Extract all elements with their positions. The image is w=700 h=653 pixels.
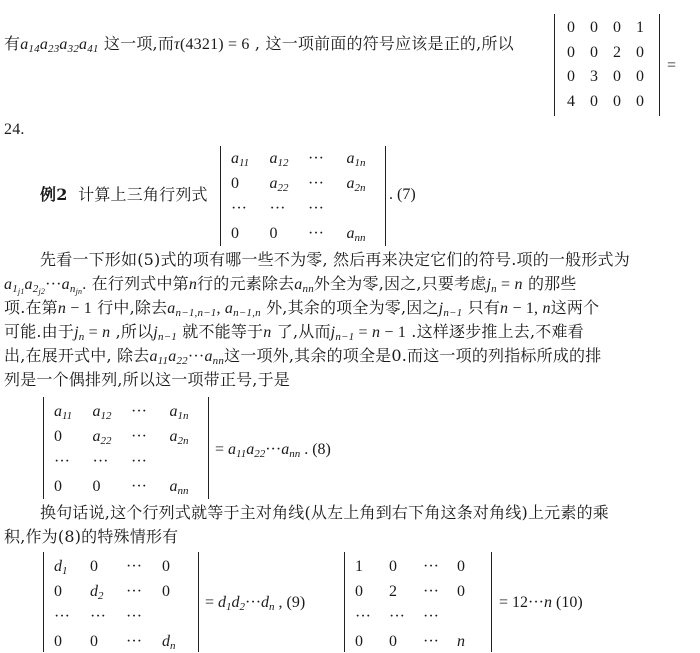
determinant-cell: 4 <box>567 90 590 115</box>
determinant-4x4: 0001002003004000 <box>554 14 660 116</box>
determinant-row: ········· <box>54 604 198 629</box>
determinant-row: 00···dn <box>54 629 198 653</box>
determinant-cell: a11 <box>54 399 93 424</box>
equation-9-determinant: d10···00d2···0·········00···dn <box>43 552 199 652</box>
determinant-cell: ··· <box>54 604 90 629</box>
determinant-cell: ··· <box>423 554 457 579</box>
example-2-heading: 例2 计算上三角行列式 <box>40 185 208 205</box>
determinant-cell: a22 <box>270 171 309 196</box>
determinant-row: 0a22···a2n <box>231 171 385 196</box>
determinant-cell: 0 <box>93 474 132 499</box>
determinant-cell: ··· <box>93 449 132 474</box>
determinant-cell: 0 <box>590 16 613 41</box>
para1-line1: 先看一下形如(5)式的项有哪一些不为零, 然后再来决定它们的符号.项的一般形式为 <box>40 250 630 270</box>
determinant-cell: ··· <box>90 604 126 629</box>
equation-8-determinant: a11a12···a1n0a22···a2n·········00···ann <box>43 397 209 499</box>
determinant-row: ········· <box>54 449 208 474</box>
determinant-cell: 0 <box>90 629 126 653</box>
determinant-row: 0a22···a2n <box>54 424 208 449</box>
determinant-row: 00···ann <box>231 221 385 246</box>
determinant-cell: ··· <box>131 449 169 474</box>
determinant-row: ········· <box>355 604 491 629</box>
determinant-cell: d1 <box>54 554 90 579</box>
intro-line: 有a14a23a32a41 这一项,而τ(4321) = 6 , 这一项前面的符… <box>4 34 514 55</box>
determinant-cell: ··· <box>126 554 162 579</box>
determinant-cell: 0 <box>90 554 126 579</box>
determinant-cell: 0 <box>389 554 423 579</box>
equation-8-rhs: = a11a22···ann . (8) <box>215 440 331 460</box>
determinant-cell: 0 <box>355 629 389 653</box>
determinant-cell: 0 <box>54 424 93 449</box>
determinant-cell: 0 <box>270 221 309 246</box>
determinant-cell: ··· <box>308 221 346 246</box>
determinant-cell: 0 <box>567 41 590 66</box>
determinant-cell: 0 <box>231 221 270 246</box>
determinant-cell: 0 <box>231 171 270 196</box>
determinant-cell <box>162 604 198 629</box>
determinant-cell: n <box>457 629 491 653</box>
determinant-cell: 0 <box>590 90 613 115</box>
determinant-cell: ··· <box>126 629 162 653</box>
equation-10-rhs: = 12···n (10) <box>499 593 583 613</box>
determinant-cell: ··· <box>423 629 457 653</box>
determinant-cell: 0 <box>457 579 491 604</box>
determinant-cell: 0 <box>613 16 636 41</box>
determinant-cell: 0 <box>54 474 93 499</box>
determinant-row: 02···0 <box>355 579 491 604</box>
para2-line1: 换句话说,这个行列式就等于主对角线(从左上角到右下角这条对角线)上元素的乘 <box>40 503 609 523</box>
determinant-cell: 0 <box>162 579 198 604</box>
determinant-cell: ··· <box>423 579 457 604</box>
determinant-row: 00···ann <box>54 474 208 499</box>
determinant-cell: 0 <box>613 90 636 115</box>
determinant-cell <box>169 449 208 474</box>
determinant-cell: ··· <box>131 424 169 449</box>
determinant-cell <box>346 196 385 221</box>
example-label: 例2 <box>40 185 68 204</box>
determinant-cell: a12 <box>93 399 132 424</box>
determinant-cell: ··· <box>308 171 346 196</box>
determinant-cell: ··· <box>231 196 270 221</box>
determinant-cell: a12 <box>270 146 309 171</box>
determinant-cell: 0 <box>636 90 659 115</box>
equals-sign: = <box>667 56 676 76</box>
para1-line4: 可能.由于jn = n ,所以jn−1 就不能等于n 了,从而jn−1 = n … <box>4 322 584 343</box>
determinant-cell: 0 <box>636 41 659 66</box>
determinant-row: 0001 <box>567 16 659 41</box>
determinant-cell: 0 <box>613 65 636 90</box>
determinant-cell <box>457 604 491 629</box>
determinant-cell: 0 <box>355 579 389 604</box>
determinant-row: 00···n <box>355 629 491 653</box>
determinant-cell: 0 <box>389 629 423 653</box>
determinant-cell: ··· <box>270 196 309 221</box>
determinant-cell: 0 <box>54 629 90 653</box>
determinant-cell: a1n <box>346 146 385 171</box>
tau-expression: τ(4321) = 6 <box>174 36 250 53</box>
determinant-cell: 0 <box>567 16 590 41</box>
determinant-cell: 1 <box>636 16 659 41</box>
determinant-row: 0d2···0 <box>54 579 198 604</box>
para1-line3: 项.在第n − 1 行中,除去an−1,n−1, an−1,n 外,其余的项全为… <box>4 298 599 319</box>
determinant-cell: 0 <box>567 65 590 90</box>
equation-9-rhs: = d1d2···dn , (9) <box>205 593 305 613</box>
determinant-cell: 0 <box>636 65 659 90</box>
determinant-cell: 0 <box>54 579 90 604</box>
para2-line2: 积,作为(8)的特殊情形有 <box>4 527 178 547</box>
determinant-cell: ··· <box>131 399 169 424</box>
determinant-cell: 0 <box>162 554 198 579</box>
term-product: a14a23a32a41 <box>20 36 98 53</box>
determinant-cell: a2n <box>346 171 385 196</box>
determinant-cell: ··· <box>308 146 346 171</box>
determinant-row: 0300 <box>567 65 659 90</box>
determinant-cell: ··· <box>423 604 457 629</box>
determinant-cell: ann <box>346 221 385 246</box>
determinant-cell: 0 <box>590 41 613 66</box>
equation-10-determinant: 10···002···0·········00···n <box>344 552 492 652</box>
example-text: 计算上三角行列式 <box>78 185 208 204</box>
equation-7-label: . (7) <box>389 185 416 205</box>
determinant-cell: a22 <box>93 424 132 449</box>
determinant-cell: d2 <box>90 579 126 604</box>
determinant-cell: dn <box>162 629 198 653</box>
determinant-row: 10···0 <box>355 554 491 579</box>
determinant-cell: ··· <box>355 604 389 629</box>
determinant-cell: ··· <box>131 474 169 499</box>
determinant-cell: a11 <box>231 146 270 171</box>
general-term: a1j1a2j2···anjn. <box>4 276 86 293</box>
determinant-cell: ··· <box>308 196 346 221</box>
determinant-cell: 3 <box>590 65 613 90</box>
determinant-cell: 2 <box>613 41 636 66</box>
intro-text-a: 这一项,而 <box>99 34 174 53</box>
determinant-cell: ··· <box>126 579 162 604</box>
para1-line6: 列是一个偶排列,所以这一项带正号,于是 <box>4 370 290 390</box>
result-value: 24. <box>4 120 25 140</box>
determinant-row: 0020 <box>567 41 659 66</box>
determinant-row: ········· <box>231 196 385 221</box>
upper-triangular-determinant: a11a12···a1n0a22···a2n·········00···ann <box>220 146 386 246</box>
para1-line2: a1j1a2j2···anjn. 在行列式中第n行的元素除去ann外全为零,因之… <box>4 274 577 295</box>
determinant-cell: 0 <box>457 554 491 579</box>
determinant-cell: ··· <box>126 604 162 629</box>
determinant-row: 4000 <box>567 90 659 115</box>
para1-line5: 出,在展开式中, 除去a11a22···ann这一项外,其余的项全是0.而这一项… <box>4 346 601 367</box>
intro-text-b: , 这一项前面的符号应该是正的,所以 <box>250 34 514 53</box>
determinant-cell: a2n <box>169 424 208 449</box>
determinant-cell: ann <box>169 474 208 499</box>
determinant-cell: 1 <box>355 554 389 579</box>
determinant-cell: ··· <box>54 449 93 474</box>
intro-prefix: 有 <box>4 34 20 53</box>
determinant-cell: 2 <box>389 579 423 604</box>
determinant-row: a11a12···a1n <box>54 399 208 424</box>
determinant-row: d10···0 <box>54 554 198 579</box>
determinant-row: a11a12···a1n <box>231 146 385 171</box>
determinant-cell: ··· <box>389 604 423 629</box>
determinant-cell: a1n <box>169 399 208 424</box>
